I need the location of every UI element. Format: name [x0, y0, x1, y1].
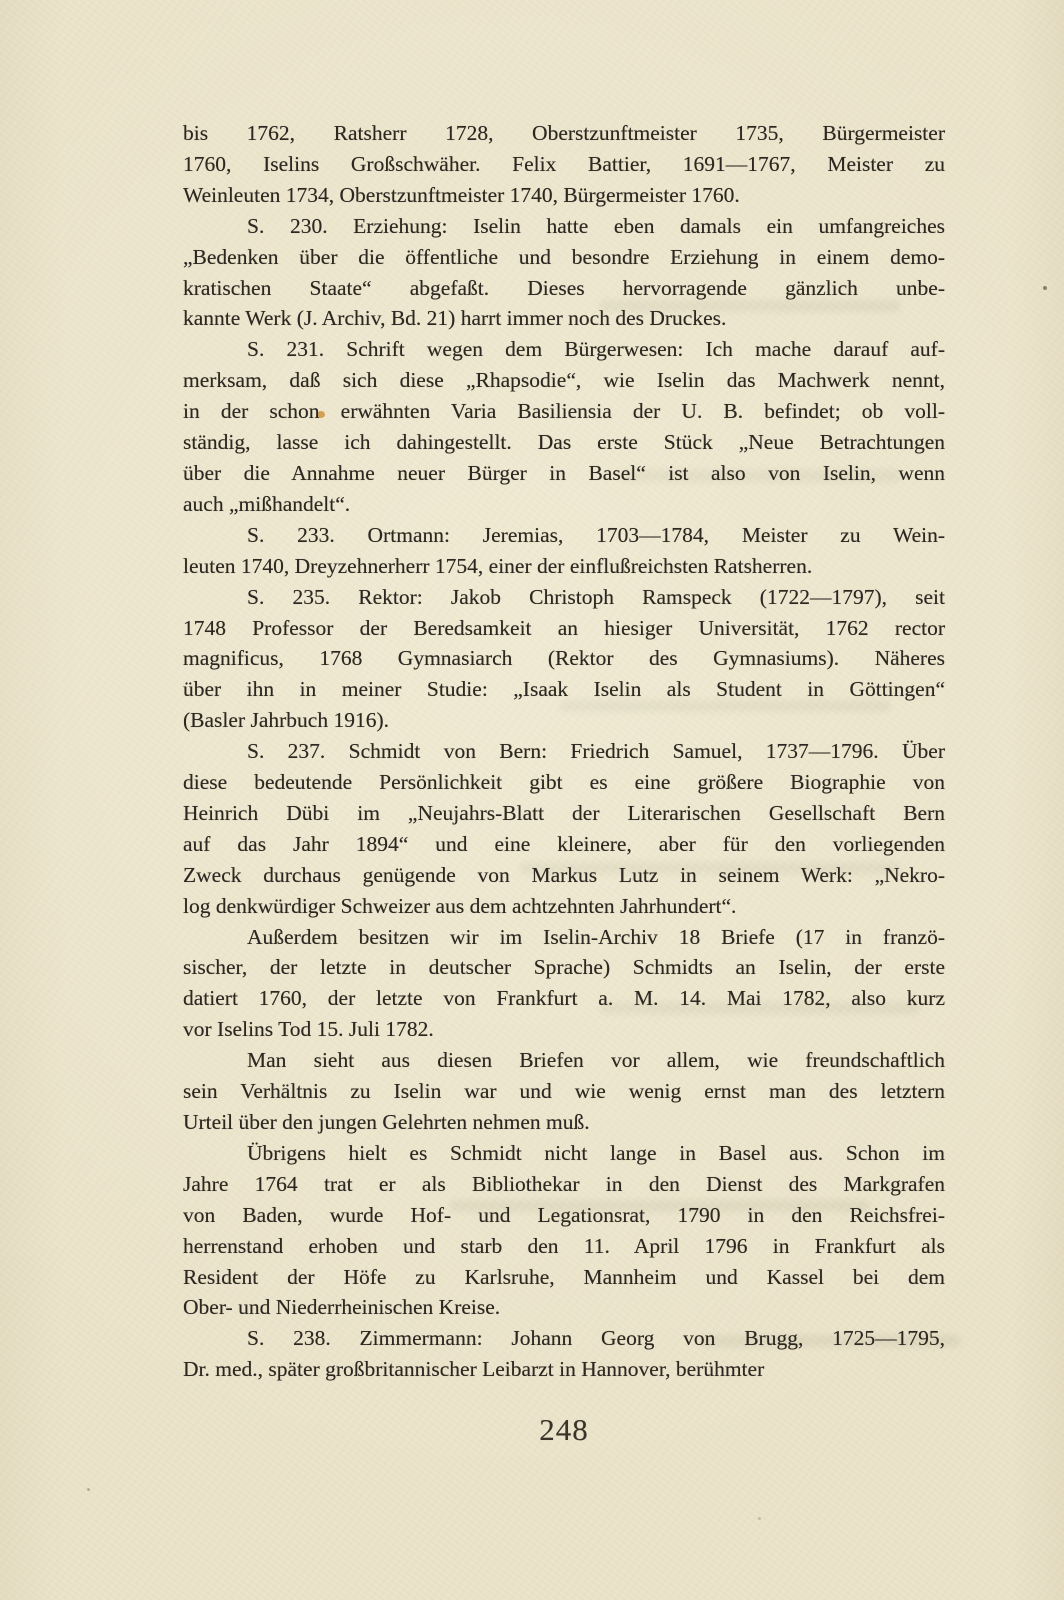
paragraph: S. 230. Erziehung: Iselin hatte eben dam… — [183, 211, 945, 335]
text-line: (Basler Jahrbuch 1916). — [183, 705, 945, 736]
text-line: über die Annahme neuer Bürger in Basel“ … — [183, 458, 945, 489]
paragraph: S. 233. Ortmann: Jeremias, 1703—1784, Me… — [183, 520, 945, 582]
text-line: S. 237. Schmidt von Bern: Friedrich Samu… — [183, 736, 945, 767]
book-page: bis 1762, Ratsherr 1728, Oberstzunftmeis… — [0, 0, 1064, 1600]
text-line: Resident der Höfe zu Karlsruhe, Mannheim… — [183, 1262, 945, 1293]
paragraph: S. 237. Schmidt von Bern: Friedrich Samu… — [183, 736, 945, 921]
text-line: Dr. med., später großbritannischer Leiba… — [183, 1354, 945, 1385]
paper-speck — [87, 1488, 90, 1491]
text-line: kannte Werk (J. Archiv, Bd. 21) harrt im… — [183, 303, 945, 334]
text-line: diese bedeutende Persönlichkeit gibt es … — [183, 767, 945, 798]
paragraph: bis 1762, Ratsherr 1728, Oberstzunftmeis… — [183, 118, 945, 211]
text-line: Man sieht aus diesen Briefen vor allem, … — [183, 1045, 945, 1076]
paper-speck — [758, 1517, 761, 1520]
text-line: S. 235. Rektor: Jakob Christoph Ramspeck… — [183, 582, 945, 613]
text-line: merksam, daß sich diese „Rhapsodie“, wie… — [183, 365, 945, 396]
paragraph: S. 235. Rektor: Jakob Christoph Ramspeck… — [183, 582, 945, 737]
text-line: herrenstand erhoben und starb den 11. Ap… — [183, 1231, 945, 1262]
text-line: von Baden, wurde Hof- und Legationsrat, … — [183, 1200, 945, 1231]
text-line: auf das Jahr 1894“ und eine kleinere, ab… — [183, 829, 945, 860]
text-line: Zweck durchaus genügende von Markus Lutz… — [183, 860, 945, 891]
text-line: datiert 1760, der letzte von Frankfurt a… — [183, 983, 945, 1014]
text-line: „Bedenken über die öffentliche und beson… — [183, 242, 945, 273]
text-line: S. 231. Schrift wegen dem Bürgerwesen: I… — [183, 334, 945, 365]
text-line: Jahre 1764 trat er als Bibliothekar in d… — [183, 1169, 945, 1200]
paragraph: S. 238. Zimmermann: Johann Georg von Bru… — [183, 1323, 945, 1385]
text-line: magnificus, 1768 Gymnasiarch (Rektor des… — [183, 643, 945, 674]
page-number: 248 — [183, 1412, 945, 1448]
text-line: vor Iselins Tod 15. Juli 1782. — [183, 1014, 945, 1045]
text-line: S. 238. Zimmermann: Johann Georg von Bru… — [183, 1323, 945, 1354]
text-line: Außerdem besitzen wir im Iselin-Archiv 1… — [183, 922, 945, 953]
text-line: ständig, lasse ich dahingestellt. Das er… — [183, 427, 945, 458]
text-line: log denkwürdiger Schweizer aus dem achtz… — [183, 891, 945, 922]
paragraph: Man sieht aus diesen Briefen vor allem, … — [183, 1045, 945, 1138]
paragraph: Übrigens hielt es Schmidt nicht lange in… — [183, 1138, 945, 1323]
text-line: über ihn in meiner Studie: „Isaak Iselin… — [183, 674, 945, 705]
text-line: in der schon erwähnten Varia Basiliensia… — [183, 396, 945, 427]
text-line: sein Verhältnis zu Iselin war und wie we… — [183, 1076, 945, 1107]
text-line: Ober- und Niederrheinischen Kreise. — [183, 1292, 945, 1323]
text-line: Urteil über den jungen Gelehrten nehmen … — [183, 1107, 945, 1138]
text-line: Übrigens hielt es Schmidt nicht lange in… — [183, 1138, 945, 1169]
text-line: Weinleuten 1734, Oberstzunftmeister 1740… — [183, 180, 945, 211]
text-line: S. 230. Erziehung: Iselin hatte eben dam… — [183, 211, 945, 242]
text-line: auch „mißhandelt“. — [183, 489, 945, 520]
text-line: bis 1762, Ratsherr 1728, Oberstzunftmeis… — [183, 118, 945, 149]
text-line: 1760, Iselins Großschwäher. Felix Battie… — [183, 149, 945, 180]
text-line: Heinrich Dübi im „Neujahrs-Blatt der Lit… — [183, 798, 945, 829]
text-line: sischer, der letzte in deutscher Sprache… — [183, 952, 945, 983]
text-line: kratischen Staate“ abgefaßt. Dieses herv… — [183, 273, 945, 304]
text-line: leuten 1740, Dreyzehnerherr 1754, einer … — [183, 551, 945, 582]
page-text-block: bis 1762, Ratsherr 1728, Oberstzunftmeis… — [183, 118, 945, 1385]
paper-speck — [1043, 286, 1047, 290]
text-line: S. 233. Ortmann: Jeremias, 1703—1784, Me… — [183, 520, 945, 551]
paragraph: S. 231. Schrift wegen dem Bürgerwesen: I… — [183, 334, 945, 519]
paragraph: Außerdem besitzen wir im Iselin-Archiv 1… — [183, 922, 945, 1046]
text-line: 1748 Professor der Beredsamkeit an hiesi… — [183, 613, 945, 644]
